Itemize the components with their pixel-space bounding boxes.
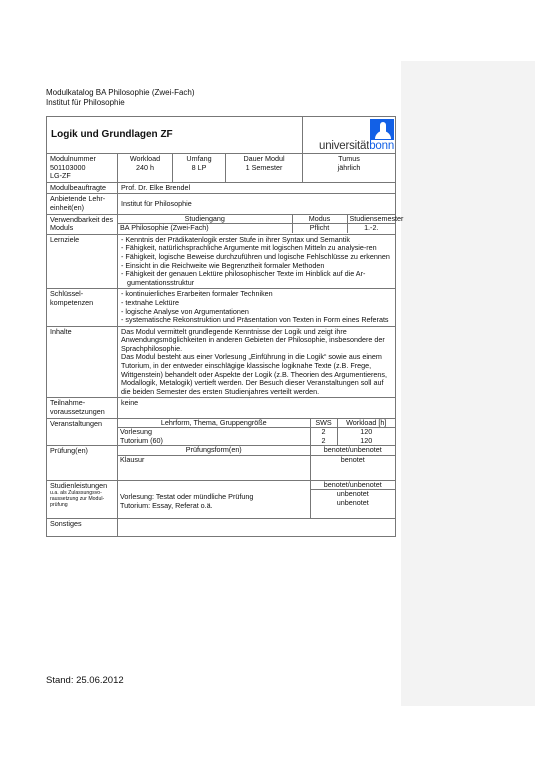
teilnahme-label: Teilnahme-voraussetzungen — [47, 398, 118, 418]
table-row: Tutorium (60) 2 120 — [118, 437, 395, 446]
beauftragte-label: Modulbeauftragte — [47, 182, 118, 194]
turnus-cell: Tumusjährlich — [303, 154, 396, 183]
pruefung-table: Prüfungsform(en) benotet/unbenotet Klaus… — [118, 446, 396, 480]
veranstaltungen-label: Veranstaltungen — [47, 418, 118, 446]
page-header: Modulkatalog BA Philosophie (Zwei-Fach) … — [46, 88, 195, 107]
beauftragte-value: Prof. Dr. Elke Brendel — [118, 182, 396, 194]
sonstiges-label: Sonstiges — [47, 518, 118, 536]
schluessel-list: - kontinuierliches Erarbeiten formaler T… — [118, 289, 396, 326]
teilnahme-value: keine — [118, 398, 396, 418]
pruefung-label: Prüfung(en) — [47, 446, 118, 480]
verwendbarkeit-table: Studiengang Modus Studiensemester BA Phi… — [118, 214, 396, 234]
institute-name: Institut für Philosophie — [46, 98, 195, 108]
list-item: - systematische Rekonstruktion und Präse… — [121, 316, 392, 325]
list-item: - Fähigkeit der genauen Lektüre philosop… — [121, 270, 392, 287]
university-bonn-logo-icon: universitätbonn — [303, 117, 395, 153]
catalog-title: Modulkatalog BA Philosophie (Zwei-Fach) — [46, 88, 195, 98]
inhalte-text: Das Modul vermittelt grundlegende Kenntn… — [118, 326, 396, 398]
sonstiges-value — [118, 518, 396, 536]
dauer-cell: Dauer Modul1 Semester — [226, 154, 303, 183]
comment-margin-pane — [401, 61, 535, 706]
studienleistungen-table: Vorlesung: Testat oder mündliche Prüfung… — [118, 480, 396, 518]
workload-cell: Workload240 h — [118, 154, 173, 183]
stand-date: Stand: 25.06.2012 — [46, 675, 124, 686]
schluessel-label: Schlüssel-kompetenzen — [47, 289, 118, 326]
studienleistungen-label: Studienleistungen u.a. als Zulassungsvo-… — [47, 480, 118, 518]
module-title: Logik und Grundlagen ZF — [47, 117, 303, 154]
inhalte-label: Inhalte — [47, 326, 118, 398]
university-logo: universitätbonn — [303, 117, 396, 154]
lernziele-label: Lernziele — [47, 234, 118, 289]
lernziele-list: - Kenntnis der Prädikatenlogik erster St… — [118, 234, 396, 289]
module-table: Logik und Grundlagen ZF universitätbonn … — [46, 116, 396, 537]
veranstaltungen-table: Lehrform, Thema, Gruppengröße SWS Worklo… — [118, 418, 396, 446]
anbietende-label: Anbietende Lehr-einheit(en) — [47, 194, 118, 214]
umfang-cell: Umfang8 LP — [173, 154, 226, 183]
module-number-cell: Modulnummer501103000LG-ZF — [47, 154, 118, 183]
verwendbarkeit-label: Verwendbarkeit des Moduls — [47, 214, 118, 234]
anbietende-value: Institut für Philosophie — [118, 194, 396, 214]
